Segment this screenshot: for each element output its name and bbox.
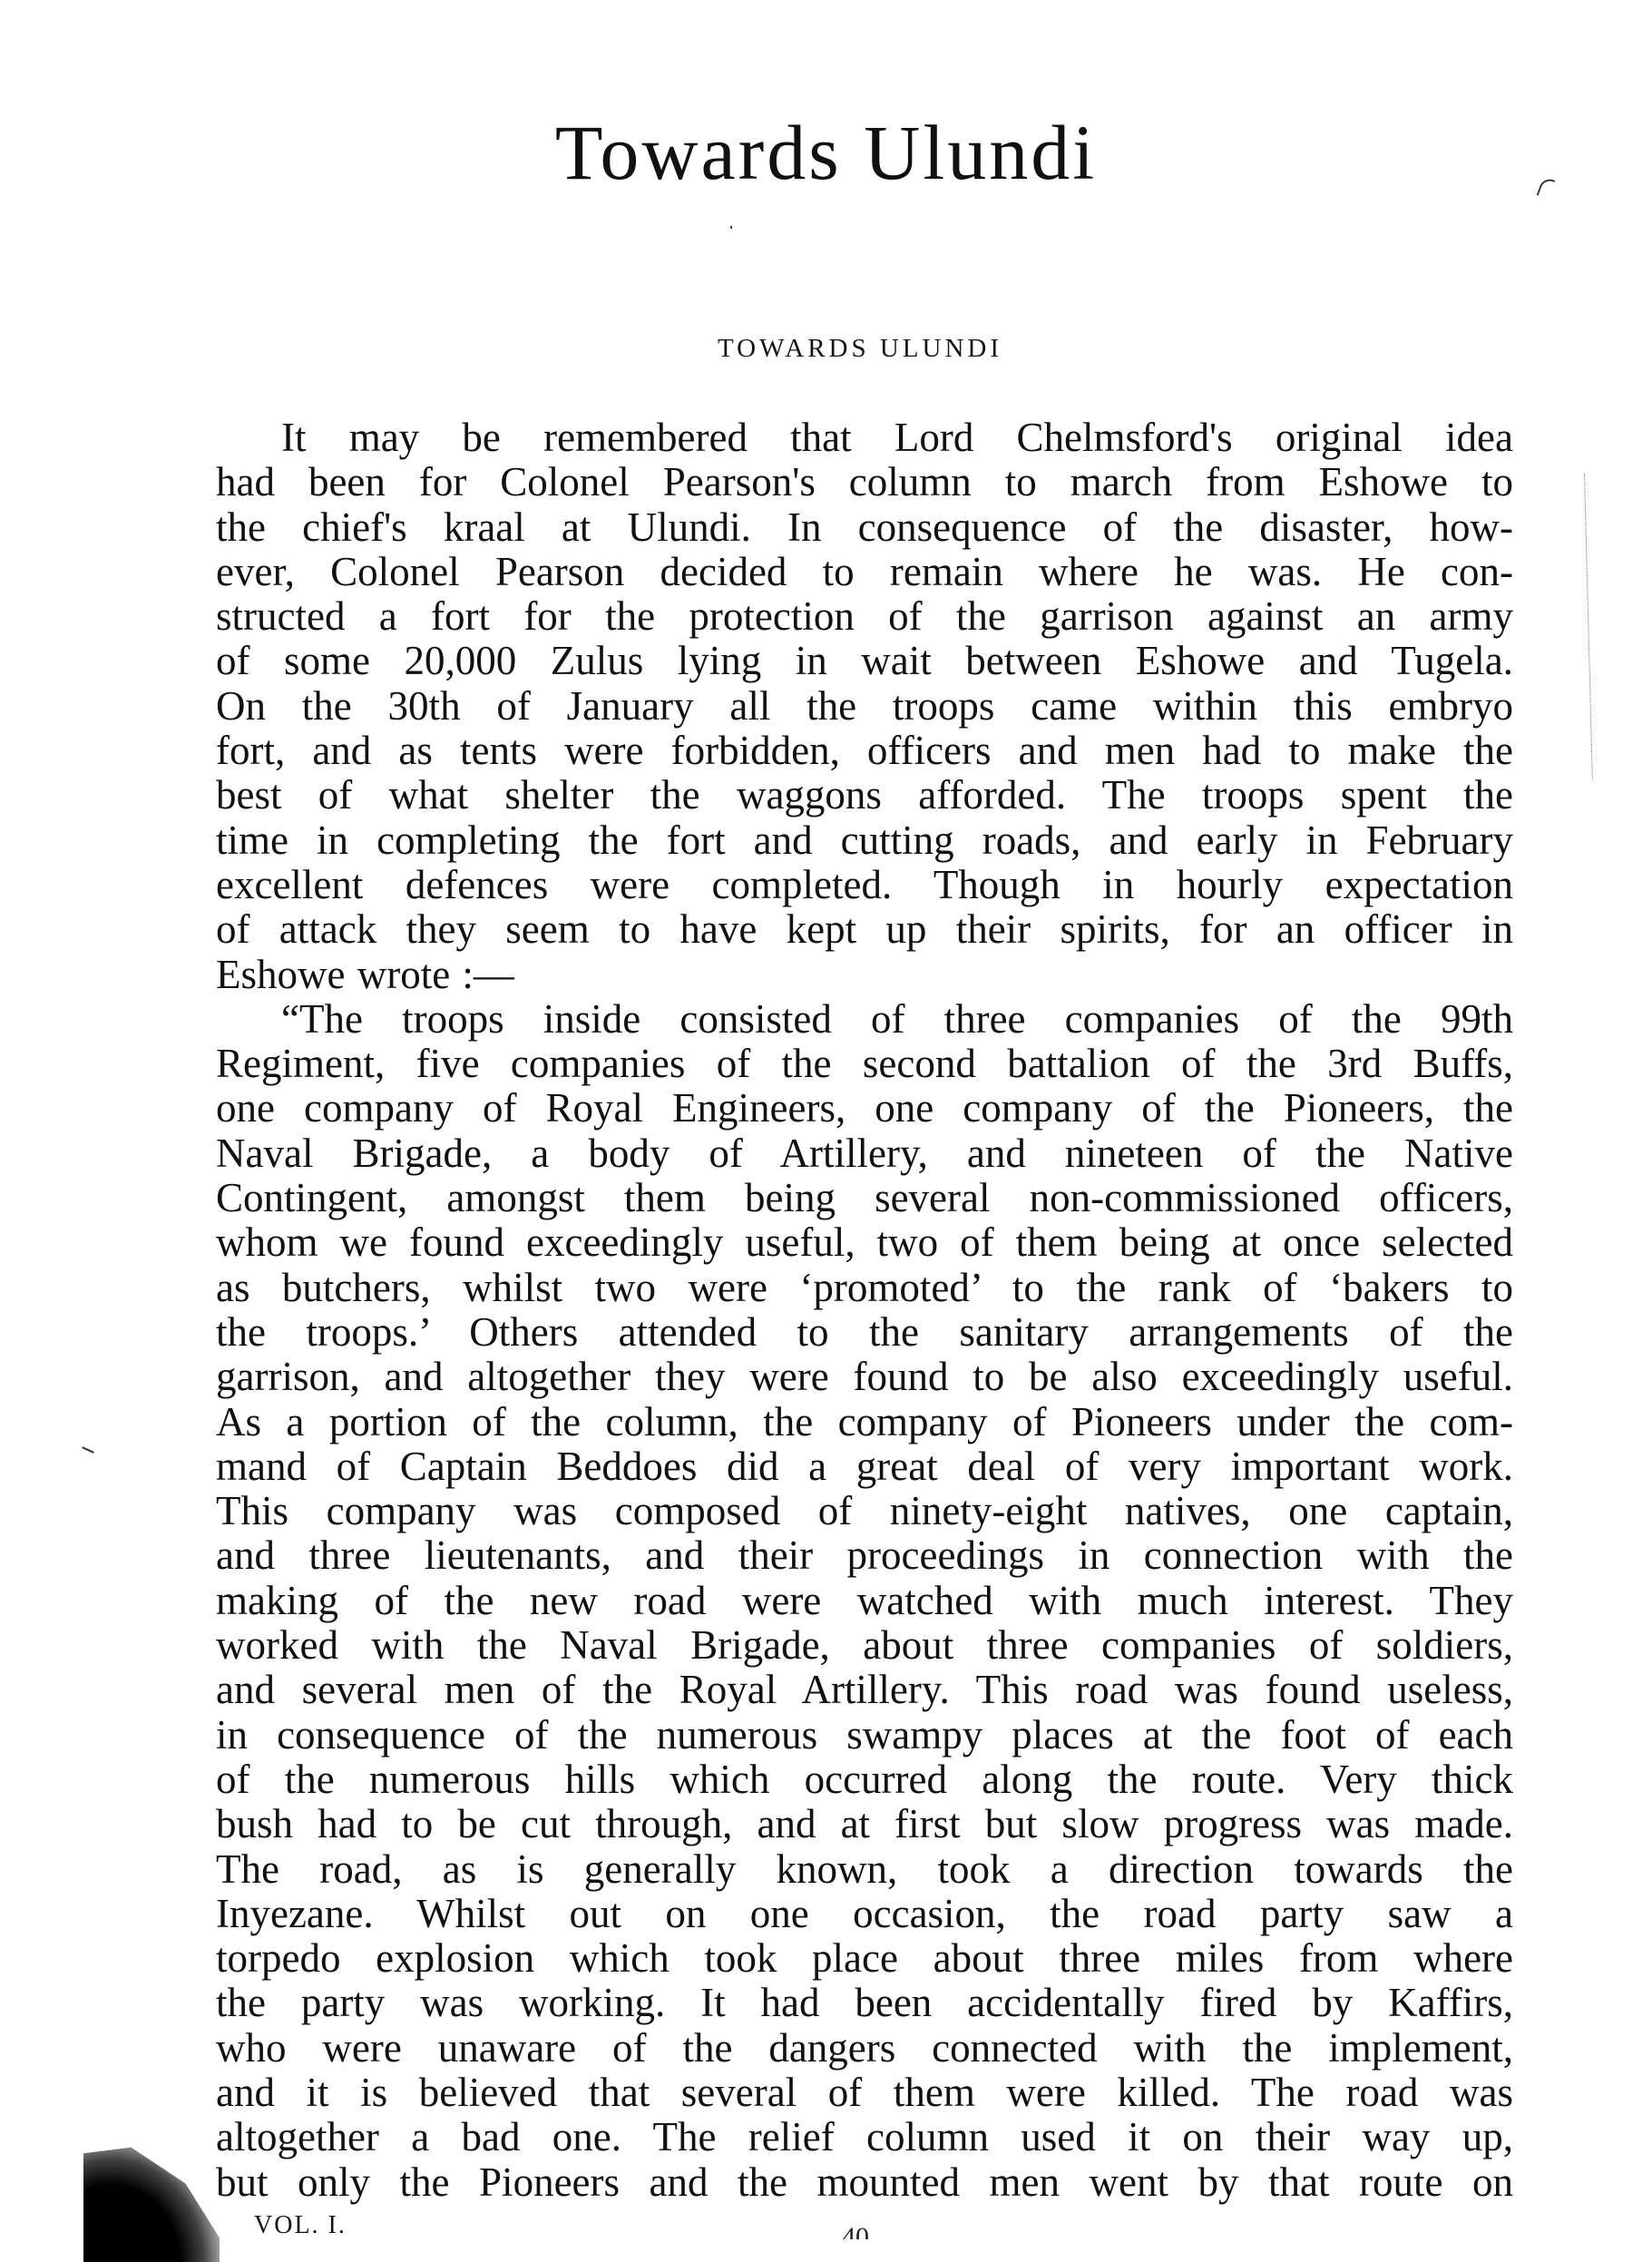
scan-smudge: [83, 2141, 220, 2262]
text-line: one company of Royal Engineers, one comp…: [216, 1086, 1513, 1131]
page-number: 40: [842, 2221, 869, 2239]
text-line: mand of Captain Beddoes did a great deal…: [216, 1444, 1513, 1489]
margin-dotted-rule: [1584, 474, 1593, 779]
text-line: of some 20,000 Zulus lying in wait betwe…: [216, 639, 1513, 683]
text-line: Inyezane. Whilst out on one occasion, th…: [216, 1892, 1513, 1936]
text-line: bush had to be cut through, and at first…: [216, 1802, 1513, 1846]
text-line: Regiment, five companies of the second b…: [216, 1042, 1513, 1086]
text-line: and it is believed that several of them …: [216, 2071, 1513, 2115]
text-line: who were unaware of the dangers connecte…: [216, 2026, 1513, 2071]
text-line: worked with the Naval Brigade, about thr…: [216, 1623, 1513, 1668]
text-line: the troops.’ Others attended to the sani…: [216, 1310, 1513, 1355]
text-line: as butchers, whilst two were ‘promoted’ …: [216, 1266, 1513, 1310]
text-line: “The troops inside consisted of three co…: [216, 997, 1513, 1042]
text-line: and three lieutenants, and their proceed…: [216, 1533, 1513, 1578]
text-line: Contingent, amongst them being several n…: [216, 1176, 1513, 1220]
text-line: structed a fort for the protection of th…: [216, 594, 1513, 639]
book-page: Towards Ulundi TOWARDS ULUNDI It may be …: [0, 0, 1652, 2262]
text-line: whom we found exceedingly useful, two of…: [216, 1220, 1513, 1265]
running-title: Towards Ulundi: [0, 107, 1652, 198]
text-line: ever, Colonel Pearson decided to remain …: [216, 550, 1513, 594]
text-line: Naval Brigade, a body of Artillery, and …: [216, 1131, 1513, 1176]
text-line: As a portion of the column, the company …: [216, 1400, 1513, 1444]
chapter-heading: TOWARDS ULUNDI: [0, 332, 1652, 365]
text-line: of the numerous hills which occurred alo…: [216, 1758, 1513, 1802]
text-line: in consequence of the numerous swampy pl…: [216, 1713, 1513, 1758]
text-line: the party was working. It had been accid…: [216, 1981, 1513, 2025]
body-text: It may be remembered that Lord Chelmsfor…: [216, 416, 1513, 2205]
text-line: garrison, and altogether they were found…: [216, 1355, 1513, 1399]
text-line: The road, as is generally known, took a …: [216, 1847, 1513, 1892]
text-line: excellent defences were completed. Thoug…: [216, 863, 1513, 907]
text-line: had been for Colonel Pearson's column to…: [216, 460, 1513, 504]
text-line: the chief's kraal at Ulundi. In conseque…: [216, 505, 1513, 550]
text-line: On the 30th of January all the troops ca…: [216, 684, 1513, 729]
text-line: This company was composed of ninety-eigh…: [216, 1489, 1513, 1533]
text-line: altogether a bad one. The relief column …: [216, 2115, 1513, 2159]
text-line: of attack they seem to have kept up thei…: [216, 907, 1513, 952]
margin-tick-mark: [82, 1446, 94, 1454]
text-line: torpedo explosion which took place about…: [216, 1936, 1513, 1981]
text-line: It may be remembered that Lord Chelmsfor…: [216, 416, 1513, 460]
text-line: best of what shelter the waggons afforde…: [216, 773, 1513, 818]
text-line: time in completing the fort and cutting …: [216, 818, 1513, 863]
text-line: and several men of the Royal Artillery. …: [216, 1668, 1513, 1712]
text-line: but only the Pioneers and the mounted me…: [216, 2160, 1513, 2205]
text-line: Eshowe wrote :—: [216, 953, 1513, 997]
text-line: making of the new road were watched with…: [216, 1579, 1513, 1623]
text-line: fort, and as tents were forbidden, offic…: [216, 729, 1513, 773]
signature-mark: VOL. I.: [254, 2210, 347, 2241]
stray-dot-mark: [730, 226, 732, 229]
